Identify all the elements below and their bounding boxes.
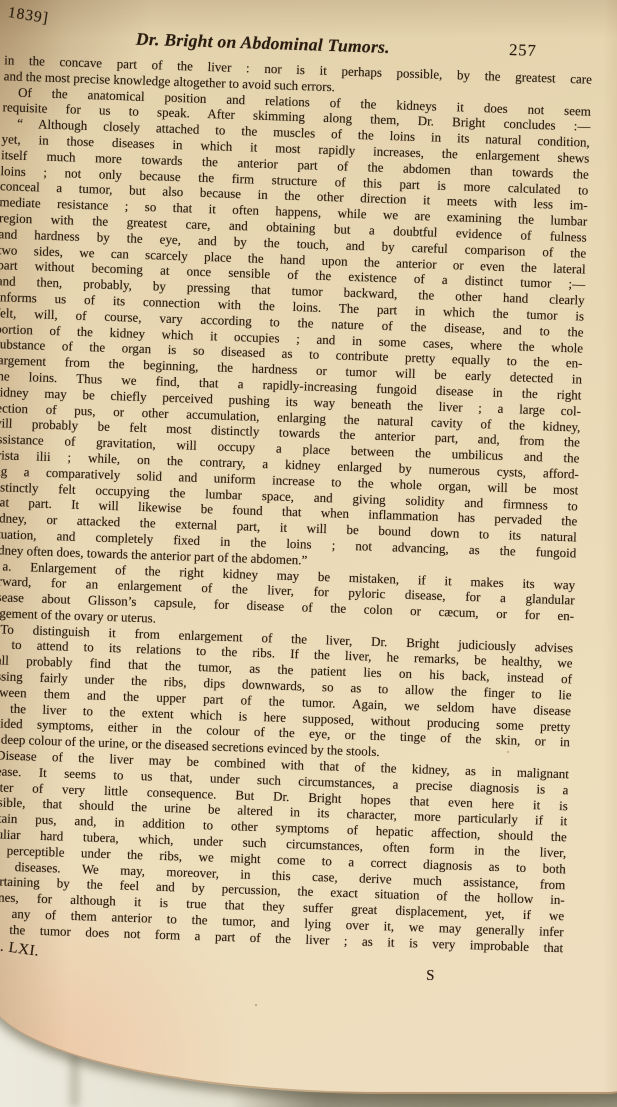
paragraph: Disease of the liver may be combined wit…	[0, 747, 569, 956]
under-page-shadow-streak	[70, 1053, 79, 1107]
issue-number: No. LXI.	[0, 936, 40, 961]
book-page-photo: 1839] Dr. Bright on Abdominal Tumors. 25…	[0, 0, 617, 1107]
paragraph: “ Although closely attached to the muscl…	[0, 115, 590, 577]
page-content: 1839] Dr. Bright on Abdominal Tumors. 25…	[0, 2, 594, 1006]
scanned-page: 1839] Dr. Bright on Abdominal Tumors. 25…	[0, 0, 617, 1094]
signature-mark: S	[426, 967, 435, 984]
body-paragraphs: in the concave part of the liver : nor i…	[0, 52, 592, 956]
paragraph: To distinguish it from enlargement of th…	[0, 621, 573, 767]
page-number: 257	[509, 40, 537, 61]
